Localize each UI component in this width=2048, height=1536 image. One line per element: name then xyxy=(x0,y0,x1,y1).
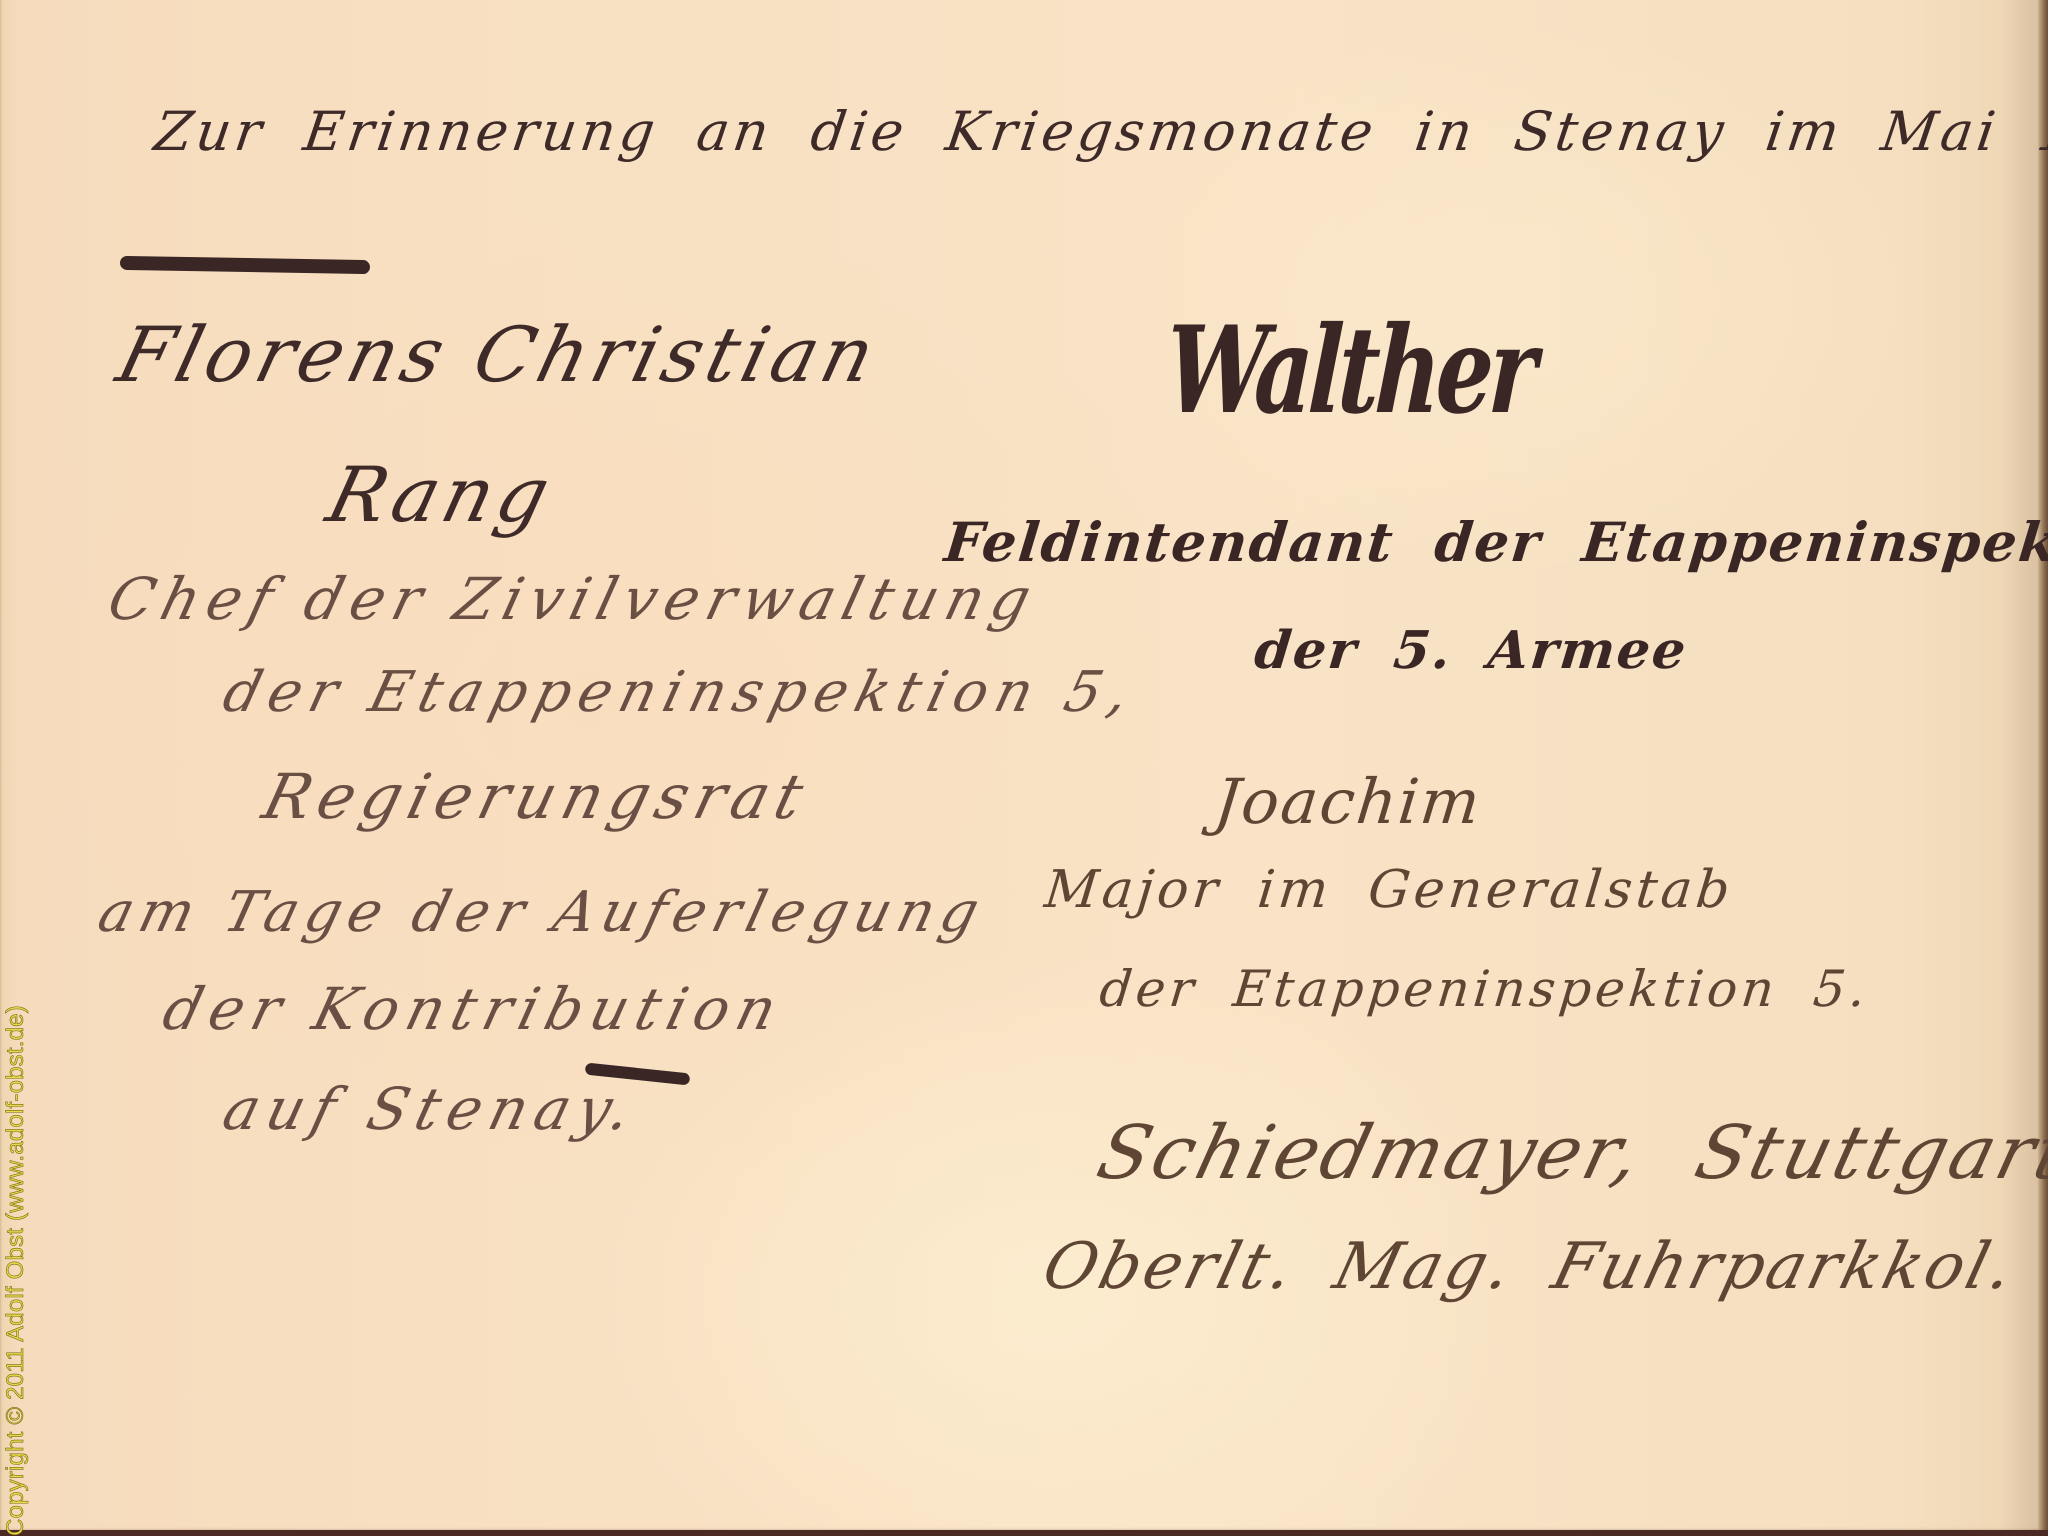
left-entry-line-4: am Tage der Auferlegung xyxy=(92,880,992,945)
copyright-watermark-text: Copyright © 2011 Adolf Obst (www.adolf-o… xyxy=(2,1005,30,1536)
signature-florens-christian: Florens Christian xyxy=(109,310,888,399)
right-entry-1-line-1: Feldintendant der Etappeninspektion xyxy=(942,510,2048,574)
left-entry-line-5: der Kontribution xyxy=(157,975,792,1043)
page-binding-edge xyxy=(2038,0,2048,1536)
right-entry-3-line-2: Oberlt. Mag. Fuhrparkkol. 16. xyxy=(1036,1230,2048,1304)
left-entry-line-3: Regierungsrat xyxy=(256,760,817,833)
page-bottom-edge xyxy=(0,1530,2048,1536)
signature-schiedmayer-stuttgart: Schiedmayer, Stuttgart. xyxy=(1089,1110,2048,1196)
right-entry-2-line-1: Major im Generalstab xyxy=(1042,860,1737,920)
left-entry-line-6: auf Stenay. xyxy=(217,1075,647,1143)
copyright-watermark: Copyright © 2011 Adolf Obst (www.adolf-o… xyxy=(2,756,38,1536)
left-entry-line-1: Chef der Zivilverwaltung xyxy=(102,565,1046,633)
left-entry-line-2: der Etappeninspektion 5, xyxy=(217,660,1144,725)
album-page: Zur Erinnerung an die Kriegsmonate in St… xyxy=(0,0,2048,1536)
right-entry-1-line-2: der 5. Armee xyxy=(1252,620,1691,681)
right-entry-2-line-2: der Etappeninspektion 5. xyxy=(1097,960,1872,1018)
dedication-heading: Zur Erinnerung an die Kriegsmonate in St… xyxy=(151,100,2048,163)
signature-joachim: Joachim xyxy=(1211,765,1485,838)
signature-rang: Rang xyxy=(319,450,563,539)
flourish-stroke xyxy=(120,256,370,274)
signature-walther: Walther xyxy=(1163,300,1536,441)
